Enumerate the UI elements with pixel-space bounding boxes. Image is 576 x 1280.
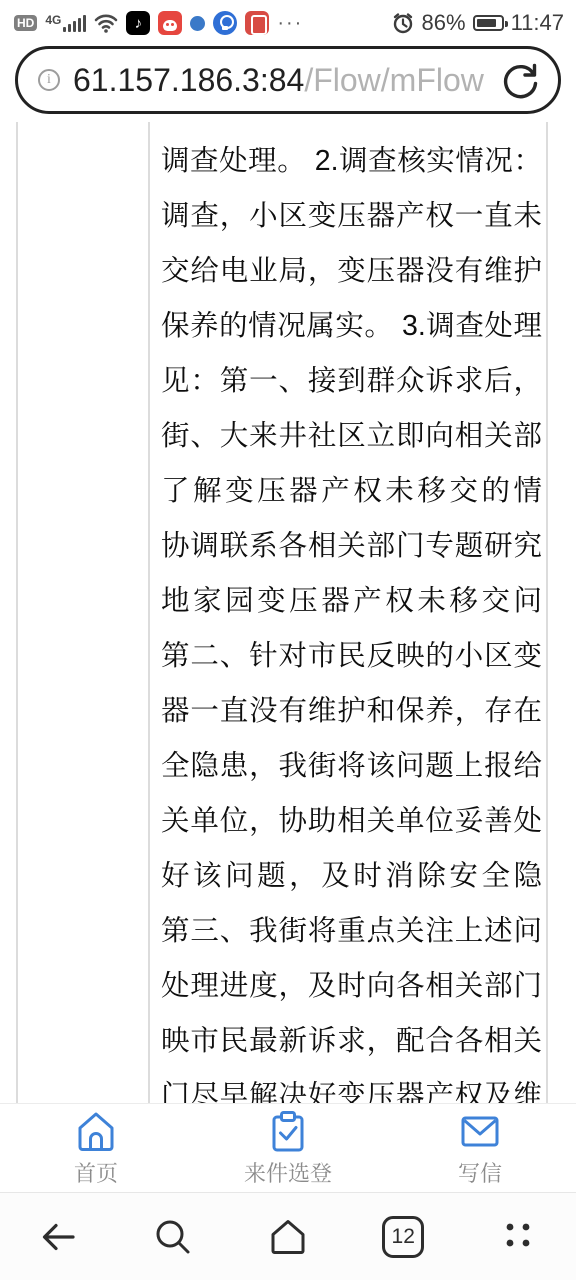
- page-content: 调查处理。 2.调查核实情况： 经调查，小区变压器产权一直未移交给电业局，变压器…: [0, 122, 576, 1103]
- battery-icon: [473, 15, 504, 31]
- table-column-divider: [148, 122, 150, 1103]
- document-text-line: 协调联系各相关部门专题研究金: [161, 519, 542, 574]
- url-text[interactable]: 61.157.186.3:84/Flow/mFlow: [73, 62, 484, 99]
- nav-item-home[interactable]: 首页: [0, 1104, 192, 1191]
- menu-dots-icon: [495, 1214, 541, 1260]
- nav-label: 首页: [74, 1157, 118, 1188]
- document-text-line: 处理进度，及时向各相关部门反: [161, 959, 542, 1014]
- document-text-line: 好该问题，及时消除安全隐患。: [161, 849, 542, 904]
- status-bar-right: 86% 11:47: [391, 10, 564, 36]
- site-bottom-nav: 首页 来件选登 写信: [0, 1103, 576, 1191]
- lightbulb-app-icon: [213, 11, 237, 35]
- table-border-right: [546, 122, 548, 1103]
- tabs-icon: 12: [382, 1216, 424, 1258]
- battery-percent: 86%: [422, 10, 466, 36]
- document-text-line: 调查处理。 2.调查核实情况： 经: [161, 134, 542, 189]
- home-icon: [73, 1108, 119, 1154]
- page-info-icon[interactable]: i: [38, 69, 60, 91]
- document-text-line: 见：第一、接到群众诉求后，我: [161, 354, 542, 409]
- address-bar[interactable]: i 61.157.186.3:84/Flow/mFlow: [15, 46, 561, 114]
- browser-toolbar: 12: [0, 1192, 576, 1280]
- document-text-line: 第三、我街将重点关注上述问题: [161, 904, 542, 959]
- tab-count: 12: [392, 1225, 415, 1249]
- url-host: 61.157.186.3:84: [73, 62, 304, 98]
- document-text: 调查处理。 2.调查核实情况： 经调查，小区变压器产权一直未移交给电业局，变压器…: [161, 122, 542, 1103]
- back-icon: [35, 1214, 81, 1260]
- hd-badge-icon: HD: [14, 15, 37, 31]
- document-text-line: 调查，小区变压器产权一直未移: [161, 189, 542, 244]
- document-text-line: 了解变压器产权未移交的情况，: [161, 464, 542, 519]
- browser-home-button[interactable]: [230, 1214, 345, 1260]
- status-bar: HD 4G ♪ ··· 86%: [0, 0, 576, 42]
- signal-strength-icon: 4G: [45, 14, 86, 32]
- document-text-line: 第二、针对市民反映的小区变压: [161, 629, 542, 684]
- document-text-line: 街、大来井社区立即向相关部门: [161, 409, 542, 464]
- nav-label: 来件选登: [244, 1157, 332, 1188]
- phone-screen: HD 4G ♪ ··· 86%: [0, 0, 576, 1280]
- search-button[interactable]: [115, 1214, 230, 1260]
- more-notifications-icon: ···: [277, 13, 303, 33]
- document-text-line: 保养的情况属实。 3.调查处理意: [161, 299, 542, 354]
- red-book-app-icon: [245, 11, 269, 35]
- clipboard-check-icon: [265, 1108, 311, 1154]
- alarm-clock-icon: [391, 11, 415, 35]
- url-path: /Flow/mFlow: [304, 62, 484, 98]
- status-time: 11:47: [511, 10, 564, 36]
- nav-label: 写信: [458, 1157, 502, 1188]
- nav-item-selected-letters[interactable]: 来件选登: [192, 1104, 384, 1191]
- envelope-icon: [457, 1108, 503, 1154]
- menu-button[interactable]: [461, 1214, 576, 1260]
- status-bar-left: HD 4G ♪ ···: [14, 11, 303, 35]
- document-text-line: 关单位，协助相关单位妥善处理: [161, 794, 542, 849]
- nav-item-write-letter[interactable]: 写信: [384, 1104, 576, 1191]
- document-text-line: 门尽早解决好变压器产权及维护: [161, 1069, 542, 1103]
- document-text-line: 映市民最新诉求，配合各相关部: [161, 1014, 542, 1069]
- network-type-label: 4G: [45, 14, 61, 26]
- table-border-left: [16, 122, 18, 1103]
- browser-address-row: i 61.157.186.3:84/Flow/mFlow: [0, 46, 576, 114]
- tabs-button[interactable]: 12: [346, 1216, 461, 1258]
- back-button[interactable]: [0, 1214, 115, 1260]
- document-text-line: 交给电业局，变压器没有维护和: [161, 244, 542, 299]
- search-icon: [150, 1214, 196, 1260]
- refresh-icon[interactable]: [500, 59, 542, 101]
- globe-app-icon: [190, 16, 205, 31]
- document-text-line: 地家园变压器产权未移交问题。: [161, 574, 542, 629]
- red-mascot-app-icon: [158, 11, 182, 35]
- document-text-line: 全隐患，我街将该问题上报给相: [161, 739, 542, 794]
- tiktok-app-icon: ♪: [126, 11, 150, 35]
- wifi-icon: [94, 13, 118, 33]
- document-text-line: 器一直没有维护和保养，存在安: [161, 684, 542, 739]
- home-icon: [265, 1214, 311, 1260]
